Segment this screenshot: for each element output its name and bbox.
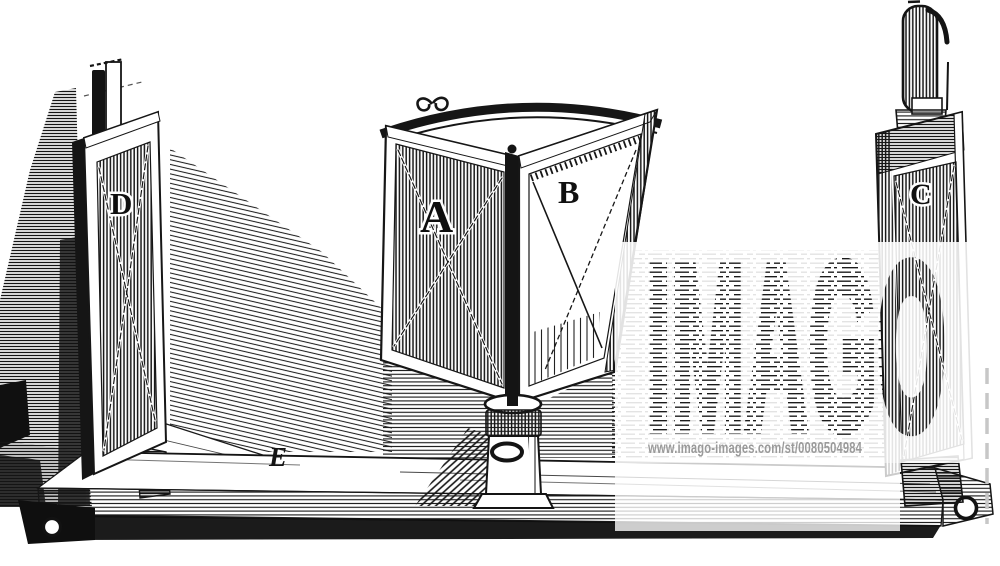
figure-canvas: IMAGO: [0, 0, 1000, 566]
panel-c-socket: [901, 456, 963, 506]
label-d: D: [110, 186, 132, 221]
mirror-panel-d: D: [72, 59, 166, 480]
label-c: C: [910, 178, 932, 211]
watermark-overlay: [615, 242, 1000, 463]
center-post: [505, 152, 519, 404]
label-b: B: [558, 174, 579, 210]
watermark-url-text: www.imago-images.com/st/0080504984: [647, 440, 862, 457]
arc-scroll-ornament: [417, 98, 447, 110]
mirror-panel-a: A: [381, 126, 512, 402]
engraving: IMAGO: [0, 0, 1000, 566]
panel-c-rod: [896, 2, 948, 135]
left-caster-wheel: [44, 519, 61, 536]
label-a: A: [420, 191, 453, 242]
label-e: E: [268, 442, 287, 472]
